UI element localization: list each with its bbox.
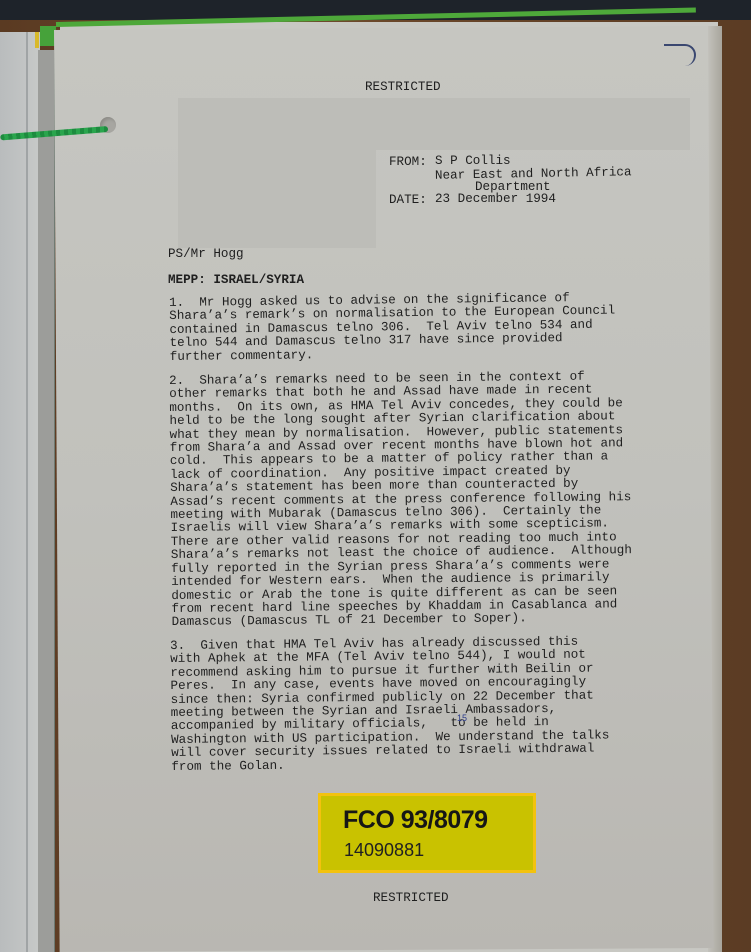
- page-edge: [26, 32, 28, 952]
- from-label: FROM:: [389, 156, 427, 170]
- from-name: S P Collis: [435, 155, 511, 169]
- classification-bottom: RESTRICTED: [373, 892, 449, 906]
- date-value: 23 December 1994: [435, 193, 556, 207]
- paragraph-2: 2. Shara’a’s remarks need to be seen in …: [169, 370, 633, 630]
- handwritten-pen-mark: [664, 44, 696, 66]
- archive-number: 14090881: [344, 840, 424, 861]
- redacted-area-right: [376, 98, 690, 150]
- folder-spine: [38, 50, 55, 952]
- redacted-area-left: [178, 98, 376, 248]
- yellow-folder-tab: [35, 32, 39, 48]
- paragraph-3: 3. Given that HMA Tel Aviv has already d…: [170, 635, 610, 774]
- archive-reference: FCO 93/8079: [343, 806, 488, 835]
- subject-line: MEPP: ISRAEL/SYRIA: [168, 274, 304, 288]
- handwritten-annotation: 15: [457, 713, 467, 723]
- left-adjacent-page: [0, 32, 40, 952]
- date-label: DATE:: [389, 194, 427, 208]
- addressee: PS/Mr Hogg: [168, 248, 244, 262]
- classification-top: RESTRICTED: [365, 81, 441, 95]
- archive-reference-label: FCO 93/8079 14090881: [318, 793, 536, 873]
- paragraph-1: 1. Mr Hogg asked us to advise on the sig…: [169, 292, 616, 364]
